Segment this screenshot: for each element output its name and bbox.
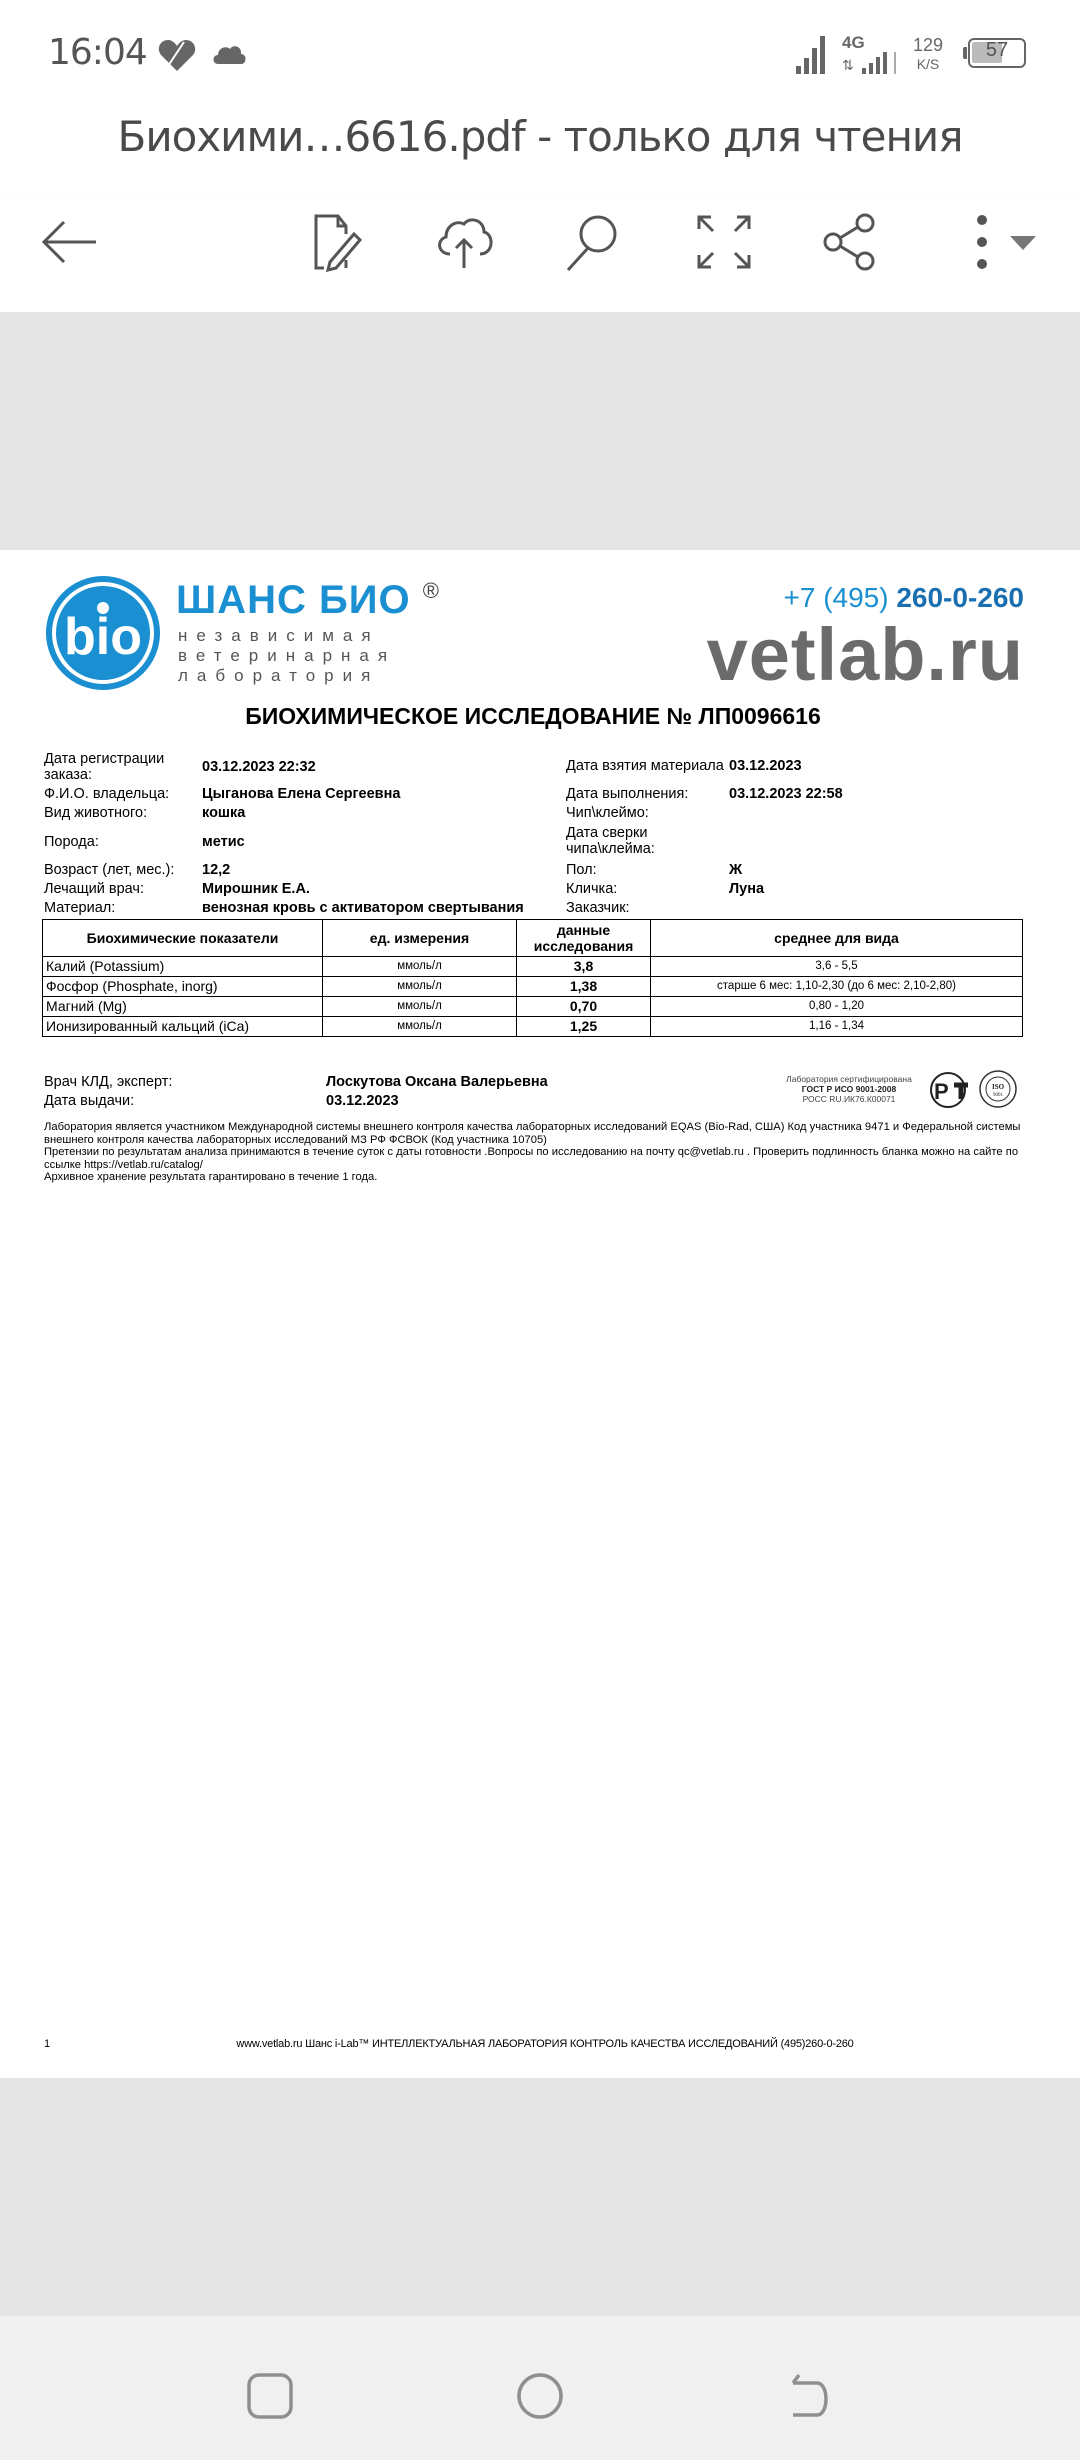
field-label: Заказчик: bbox=[566, 900, 630, 916]
analyte-name: Калий (Potassium) bbox=[43, 957, 323, 977]
edit-document-icon bbox=[310, 212, 366, 272]
field-label: Лечащий врач: bbox=[44, 881, 144, 897]
speed-value: 129 bbox=[912, 36, 944, 55]
unit: ммоль/л bbox=[323, 1017, 517, 1037]
logo-name-text: ШАНС БИО bbox=[176, 578, 411, 622]
analyte-name: Фосфор (Phosphate, inorg) bbox=[43, 977, 323, 997]
logo-sub-line: лаборатория bbox=[178, 666, 396, 686]
heart-app-icon bbox=[158, 38, 196, 72]
share-icon bbox=[821, 213, 879, 271]
search-icon bbox=[562, 212, 622, 272]
analyte-name: Магний (Mg) bbox=[43, 997, 323, 1017]
field-label: Возраст (лет, мес.): bbox=[44, 862, 174, 878]
reference-range: 0,80 - 1,20 bbox=[651, 997, 1023, 1017]
back-arrow-icon bbox=[40, 220, 100, 264]
cert-line: ГОСТ Р ИСО 9001-2008 bbox=[774, 1084, 924, 1094]
column-header: ед. измерения bbox=[323, 920, 517, 957]
battery-tip bbox=[963, 47, 967, 59]
cert-line: Лаборатория сертифицирована bbox=[774, 1074, 924, 1084]
note-paragraph: Архивное хранение результата гарантирова… bbox=[44, 1171, 1024, 1184]
svg-text:ISO: ISO bbox=[992, 1083, 1005, 1091]
field-label: Порода: bbox=[44, 834, 99, 850]
field-value: метис bbox=[202, 834, 245, 850]
field-label: Чип\клеймо: bbox=[566, 805, 649, 821]
battery-level: 57 bbox=[970, 39, 1024, 62]
signal-4g-icon: ⇅ bbox=[842, 52, 900, 74]
certification-text: Лаборатория сертифицирована ГОСТ Р ИСО 9… bbox=[774, 1074, 924, 1104]
result-value: 1,38 bbox=[517, 977, 651, 997]
toolbar bbox=[0, 195, 1080, 312]
home-button[interactable] bbox=[510, 2366, 570, 2426]
registered-mark: ® bbox=[423, 578, 440, 603]
field-label: Дата сверки чипа\клейма: bbox=[566, 825, 666, 857]
status-time: 16:04 bbox=[48, 32, 147, 73]
back-button[interactable] bbox=[38, 210, 102, 274]
edit-button[interactable] bbox=[306, 210, 370, 274]
field-value: 12,2 bbox=[202, 862, 230, 878]
field-label: Вид животного: bbox=[44, 805, 147, 821]
dropdown-button[interactable] bbox=[1010, 236, 1036, 257]
phone-number: 260-0-260 bbox=[896, 582, 1024, 613]
reference-range: старше 6 мес: 1,10-2,30 (до 6 мес: 2,10-… bbox=[651, 977, 1023, 997]
results-table: Биохимические показатели ед. измерения д… bbox=[42, 919, 1023, 1037]
note-paragraph: Лаборатория является участником Междунар… bbox=[44, 1121, 1024, 1146]
field-value: кошка bbox=[202, 805, 245, 821]
expert-label: Врач КЛД, эксперт: bbox=[44, 1074, 172, 1090]
more-button[interactable] bbox=[950, 210, 1014, 274]
home-circle-icon bbox=[515, 2371, 565, 2421]
search-button[interactable] bbox=[560, 210, 624, 274]
result-value: 1,25 bbox=[517, 1017, 651, 1037]
lab-site: vetlab.ru bbox=[700, 612, 1024, 697]
lab-logo-mark: bio bbox=[44, 574, 162, 692]
note-paragraph: Претензии по результатам анализа принима… bbox=[44, 1146, 1024, 1171]
table-row: Ионизированный кальций (iCa) ммоль/л 1,2… bbox=[43, 1017, 1023, 1037]
svg-text:⇅: ⇅ bbox=[842, 58, 854, 74]
phone-prefix: +7 (495) bbox=[783, 582, 888, 613]
rst-badge-icon: Р bbox=[928, 1071, 970, 1109]
analyte-name: Ионизированный кальций (iCa) bbox=[43, 1017, 323, 1037]
notes: Лаборатория является участником Междунар… bbox=[44, 1121, 1024, 1184]
network-type: 4G bbox=[842, 34, 865, 51]
column-header: данные исследования bbox=[517, 920, 651, 957]
back-return-icon bbox=[785, 2371, 835, 2421]
field-label: Дата выполнения: bbox=[566, 786, 688, 802]
field-label: Материал: bbox=[44, 900, 115, 916]
reference-range: 3,6 - 5,5 bbox=[651, 957, 1023, 977]
result-value: 0,70 bbox=[517, 997, 651, 1017]
upload-button[interactable] bbox=[432, 210, 496, 274]
field-label: Ф.И.О. владельца: bbox=[44, 786, 169, 802]
table-row: Магний (Mg) ммоль/л 0,70 0,80 - 1,20 bbox=[43, 997, 1023, 1017]
page-footer-text: www.vetlab.ru Шанс i-Lab™ ИНТЕЛЛЕКТУАЛЬН… bbox=[0, 2038, 1080, 2050]
field-value: венозная кровь с активатором свертывания bbox=[202, 900, 524, 916]
fullscreen-icon bbox=[697, 215, 751, 269]
field-value: Луна bbox=[729, 881, 764, 897]
recents-button[interactable] bbox=[240, 2366, 300, 2426]
cloud-upload-icon bbox=[432, 214, 496, 270]
speed-unit: K/S bbox=[912, 55, 944, 74]
report-title: БИОХИМИЧЕСКОЕ ИССЛЕДОВАНИЕ № ЛП0096616 bbox=[0, 703, 1066, 730]
lab-logo-subtitle: независимая ветеринарная лаборатория bbox=[178, 626, 396, 686]
svg-text:bio: bio bbox=[64, 608, 142, 666]
lab-phone: +7 (495) 260-0-260 bbox=[780, 582, 1024, 614]
share-button[interactable] bbox=[818, 210, 882, 274]
iso-badge-icon: ISO 9001 bbox=[978, 1069, 1018, 1109]
field-label: Дата взятия материала bbox=[566, 758, 724, 774]
document-title: Биохими…6616.pdf - только для чтения bbox=[0, 112, 1080, 161]
svg-text:9001: 9001 bbox=[993, 1093, 1004, 1098]
issue-date-label: Дата выдачи: bbox=[44, 1093, 134, 1109]
lab-logo-name: ШАНС БИО ® bbox=[176, 578, 440, 623]
field-value: Ж bbox=[729, 862, 742, 878]
logo-sub-line: независимая bbox=[178, 626, 396, 646]
expert-name: Лоскутова Оксана Валерьевна bbox=[326, 1074, 548, 1090]
field-value: 03.12.2023 22:32 bbox=[202, 759, 316, 775]
issue-date: 03.12.2023 bbox=[326, 1093, 399, 1109]
result-value: 3,8 bbox=[517, 957, 651, 977]
column-header: Биохимические показатели bbox=[43, 920, 323, 957]
svg-text:Р: Р bbox=[934, 1079, 949, 1104]
back-nav-button[interactable] bbox=[780, 2366, 840, 2426]
field-label: Пол: bbox=[566, 862, 597, 878]
signal-icon bbox=[796, 34, 828, 74]
network-speed: 129 K/S bbox=[912, 36, 944, 74]
more-vert-icon bbox=[952, 214, 1012, 270]
cloud-icon bbox=[212, 42, 248, 66]
cert-line: РОСС RU.ИК76.К00071 bbox=[774, 1094, 924, 1104]
unit: ммоль/л bbox=[323, 957, 517, 977]
unit: ммоль/л bbox=[323, 977, 517, 997]
battery-icon: 57 bbox=[968, 38, 1026, 68]
field-value: 03.12.2023 22:58 bbox=[729, 786, 843, 802]
reference-range: 1,16 - 1,34 bbox=[651, 1017, 1023, 1037]
field-value: Цыганова Елена Сергеевна bbox=[202, 786, 400, 802]
fullscreen-button[interactable] bbox=[692, 210, 756, 274]
field-label: Дата регистрации заказа: bbox=[44, 751, 194, 783]
column-header: среднее для вида bbox=[651, 920, 1023, 957]
logo-sub-line: ветеринарная bbox=[178, 646, 396, 666]
field-value: Мирошник Е.А. bbox=[202, 881, 310, 897]
recents-square-icon bbox=[246, 2372, 294, 2420]
table-header-row: Биохимические показатели ед. измерения д… bbox=[43, 920, 1023, 957]
table-row: Фосфор (Phosphate, inorg) ммоль/л 1,38 с… bbox=[43, 977, 1023, 997]
table-row: Калий (Potassium) ммоль/л 3,8 3,6 - 5,5 bbox=[43, 957, 1023, 977]
unit: ммоль/л bbox=[323, 997, 517, 1017]
field-value: 03.12.2023 bbox=[729, 758, 802, 774]
dropdown-triangle-icon bbox=[1010, 236, 1036, 252]
field-label: Кличка: bbox=[566, 881, 617, 897]
